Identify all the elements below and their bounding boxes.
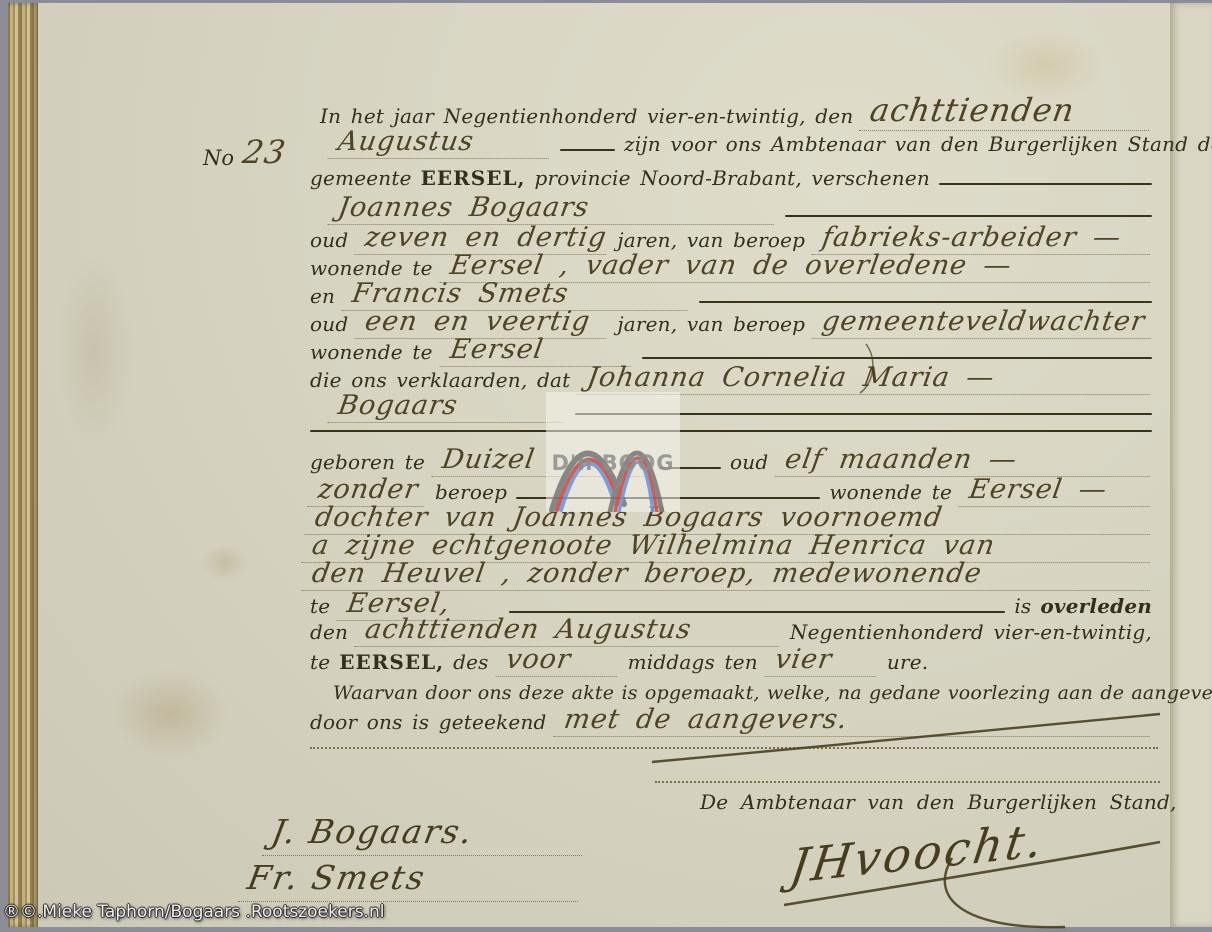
printed-text: te <box>310 650 330 677</box>
act-line-3: gemeente EERSEL, provincie Noord-Brabant… <box>310 166 1152 193</box>
printed-text: den <box>310 620 348 647</box>
handwritten-residence: Eersel — <box>959 476 1155 507</box>
printed-municipality: EERSEL, <box>421 166 526 193</box>
act-line-19: den achttienden Augustus Negentienhonder… <box>310 616 1152 647</box>
blank-rule <box>560 149 615 151</box>
watermark-text: D'n BOOG <box>551 451 674 475</box>
record-number-label: No <box>203 146 234 170</box>
book-binding-edge <box>8 3 38 927</box>
signature-declarant-2: Fr. Smets <box>238 858 578 902</box>
printed-text: oud <box>730 450 768 477</box>
printed-text: gemeente <box>310 166 412 193</box>
handwritten-entry: Augustus <box>328 128 554 159</box>
handwritten-hour: vier <box>764 646 880 677</box>
act-line-4: Joannes Bogaars <box>330 194 1152 225</box>
signature-official: JHvoocht. <box>790 826 1180 880</box>
officiant-title-row: De Ambtenaar van den Burgerlijken Stand, <box>700 790 1130 817</box>
handwritten-mother-surname: den Heuvel , zonder beroep, medewonende <box>302 560 1155 591</box>
dn-boog-watermark: D'n BOOG <box>546 392 680 512</box>
printed-text: des <box>453 650 489 677</box>
dotted-rule <box>655 781 1160 783</box>
blank-dotted-line <box>310 742 1158 756</box>
printed-municipality: EERSEL, <box>339 650 444 677</box>
blank-rule <box>642 357 1152 359</box>
printed-closing-text: door ons is geteekend <box>310 710 547 737</box>
act-line-13: geboren te Duizel oud elf maanden — <box>310 446 1152 477</box>
printed-text: provincie Noord-Brabant, verschenen <box>534 166 930 193</box>
act-line-22: door ons is geteekend met de aangevers. <box>310 706 1152 737</box>
act-line-8: oud een en veertig jaren, van beroep gem… <box>310 308 1152 339</box>
signature-text: Fr. Smets <box>245 858 430 897</box>
handwritten-declarant-1-name: Joannes Bogaars <box>328 194 779 225</box>
handwritten-death-date: achttienden Augustus <box>355 616 784 647</box>
officiant-title: De Ambtenaar van den Burgerlijken Stand, <box>700 790 1177 817</box>
blank-rule <box>699 301 1152 303</box>
rainbow-arches-logo: D'n BOOG <box>546 392 680 512</box>
handwritten-occupation: gemeenteveldwachter <box>812 308 1156 339</box>
dotted-rule <box>310 747 1158 749</box>
act-line-20: te EERSEL, des voor middags ten vier ure… <box>310 646 1040 677</box>
handwritten-deceased-name: Johanna Cornelia Maria — <box>577 364 1155 395</box>
act-line-2: Augustus zijn voor ons Ambtenaar van den… <box>330 128 1152 159</box>
record-number-value: 23 <box>240 136 288 170</box>
printed-text: ure. <box>887 650 928 677</box>
photo-credit-watermark: ®©.Mieke Taphorn/Bogaars .Rootszoekers.n… <box>3 902 384 922</box>
blank-rule <box>310 430 1152 432</box>
act-line-12 <box>310 424 1152 440</box>
printed-text: middags ten <box>628 650 758 677</box>
record-number: No 23 <box>203 136 323 170</box>
printed-text: zijn voor ons Ambtenaar van den Burgerli… <box>624 132 1212 159</box>
blank-rule <box>939 183 1152 185</box>
act-line-17: den Heuvel , zonder beroep, medewonende <box>304 560 1152 591</box>
handwritten-age-at-death: elf maanden — <box>775 446 1155 477</box>
signature-declarant-1: J. Bogaars. <box>262 812 582 856</box>
handwritten-signed-with: met de aangevers. <box>553 706 1154 737</box>
blank-rule <box>785 215 1152 217</box>
blank-dotted-line <box>655 776 1160 790</box>
signature-text: J. Bogaars. <box>269 812 477 851</box>
handwritten-deceased-surname: Bogaars <box>328 392 569 423</box>
printed-text: Negentienhonderd vier-en-twintig, <box>790 620 1152 647</box>
handwritten-entry: achttienden <box>860 94 1155 131</box>
act-line-11: Bogaars <box>330 392 1152 423</box>
handwritten-am-pm: voor <box>495 646 621 677</box>
document-scan-page: No 23 In het jaar Negentienhonderd vier-… <box>0 0 1212 932</box>
